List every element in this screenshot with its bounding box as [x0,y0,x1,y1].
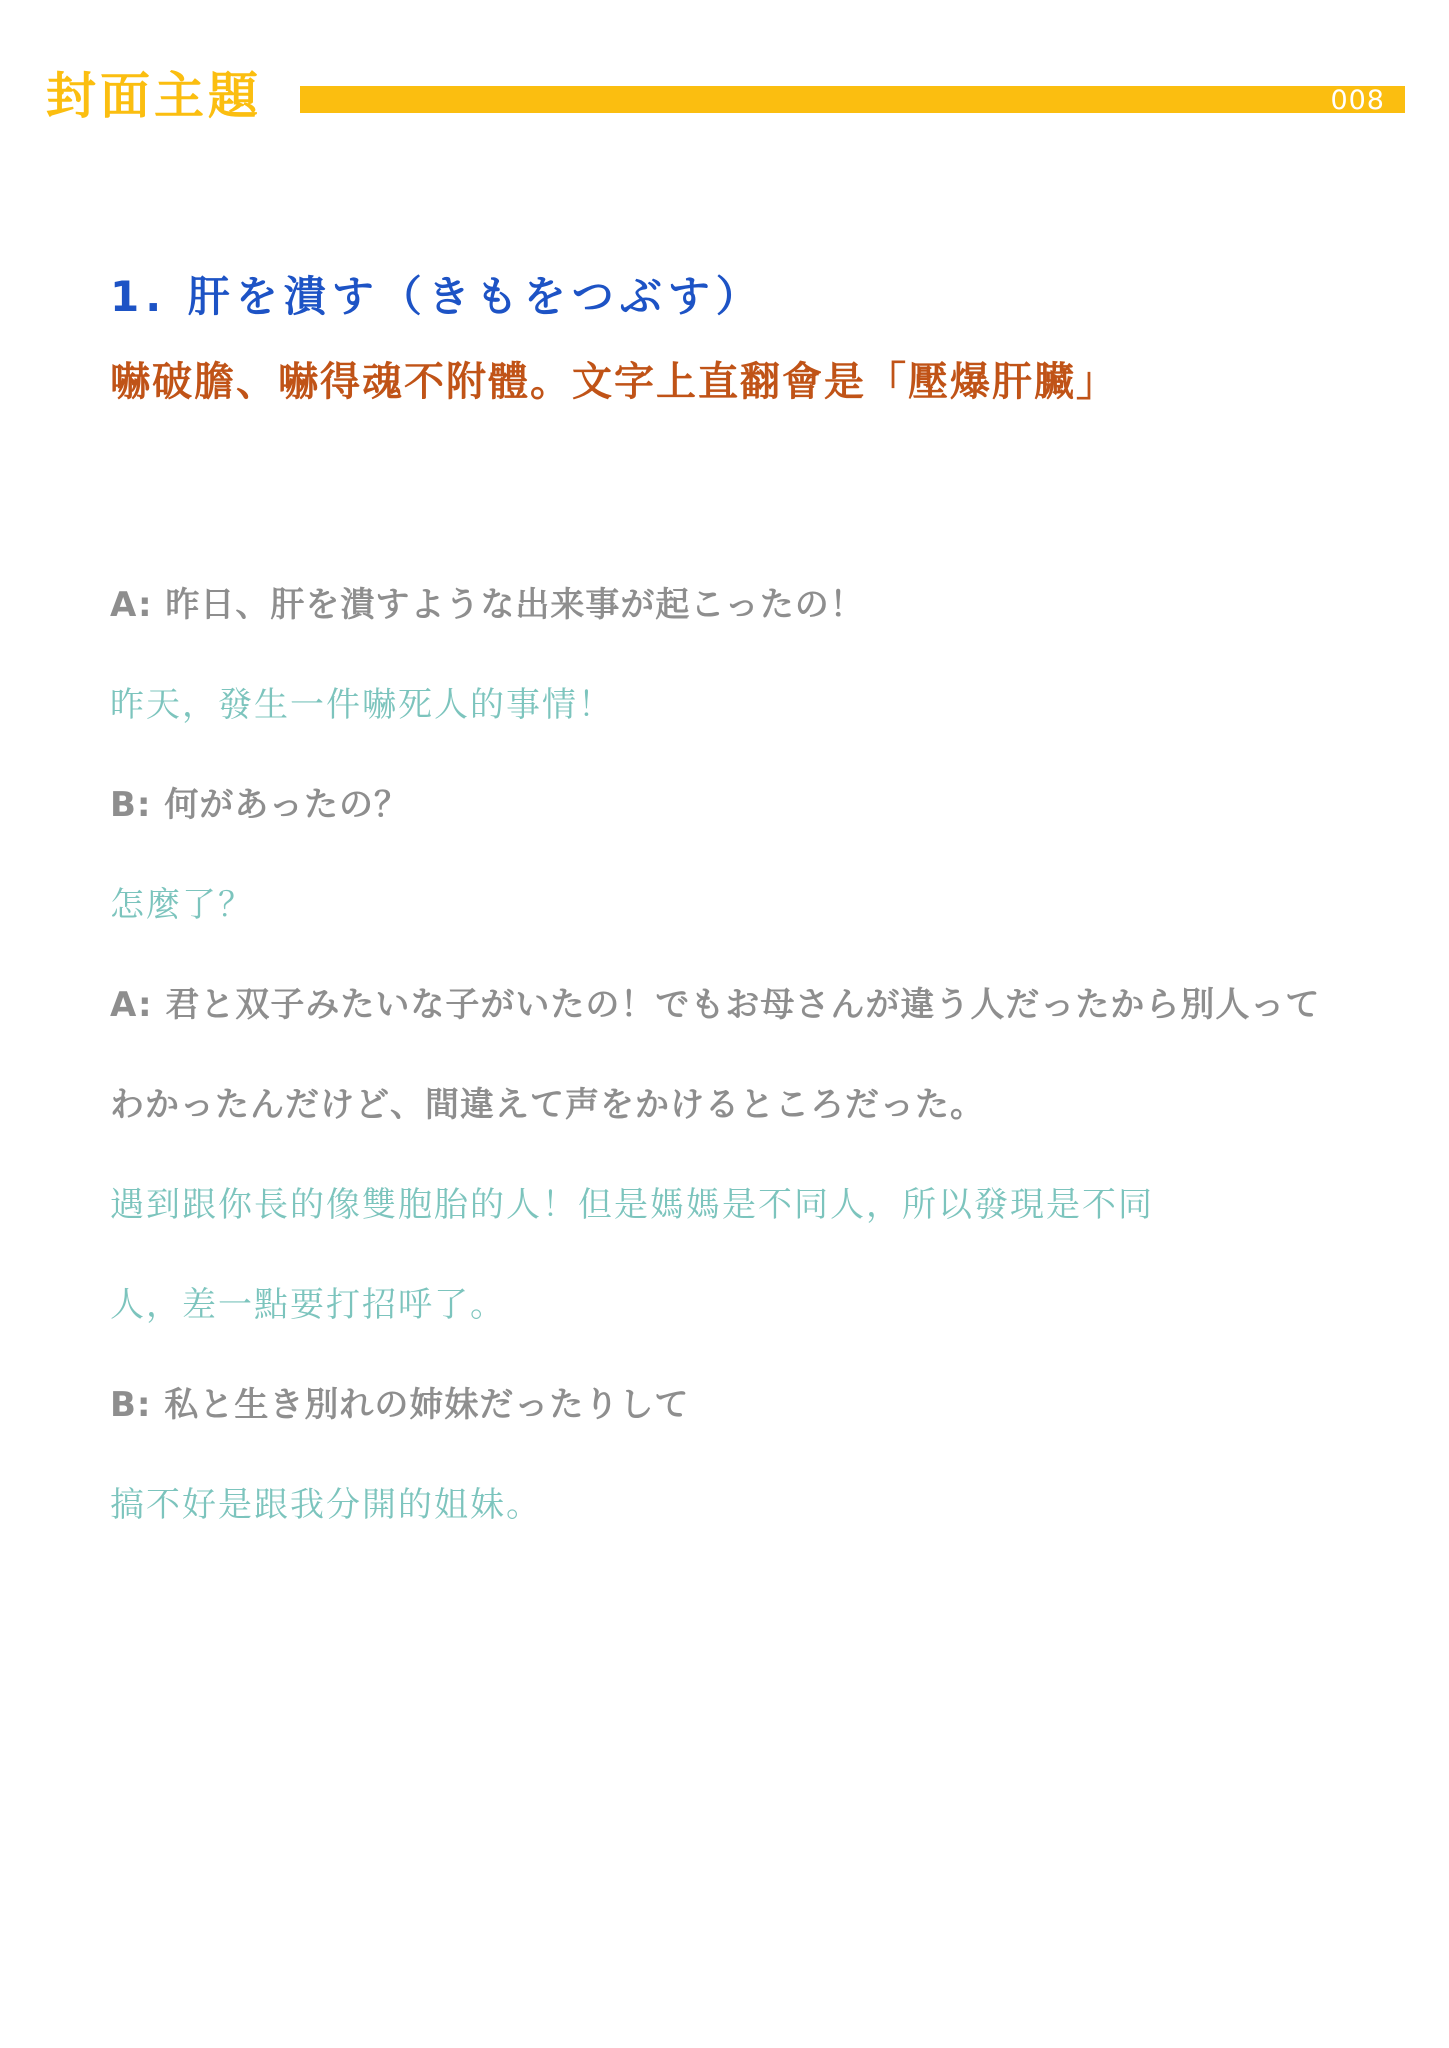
dialogue-line-chinese: 怎麼了？ [110,855,1410,955]
entry-subtitle: 嚇破膽、嚇得魂不附體。文字上直翻會是「壓爆肝臟」 [110,350,1118,407]
dialogue-line-chinese: 遇到跟你長的像雙胞胎的人！但是媽媽是不同人，所以發現是不同 [110,1155,1410,1255]
dialogue-line-japanese: B: 私と生き別れの姉妹だったりして [110,1355,1410,1455]
dialogue-line-japanese: B: 何があったの？ [110,755,1410,855]
dialogue: A: 昨日、肝を潰すような出来事が起こったの！昨天，發生一件嚇死人的事情！B: … [110,555,1410,1555]
section-title: 封面主題 [46,68,262,123]
page: { "header": { "section_title": "封面主題", "… [0,0,1449,2048]
header-accent-bar: 008 [300,86,1405,113]
dialogue-line-japanese: A: 君と双子みたいな子がいたの！でもお母さんが違う人だったから別人って [110,955,1410,1055]
dialogue-line-japanese: わかったんだけど、間違えて声をかけるところだった。 [110,1055,1410,1155]
page-number: 008 [1330,86,1385,113]
dialogue-line-chinese: 人，差一點要打招呼了。 [110,1255,1410,1355]
dialogue-line-japanese: A: 昨日、肝を潰すような出来事が起こったの！ [110,555,1410,655]
dialogue-line-chinese: 昨天，發生一件嚇死人的事情！ [110,655,1410,755]
entry-heading: 1. 肝を潰す（きもをつぶす） [110,264,764,324]
dialogue-line-chinese: 搞不好是跟我分開的姐妹。 [110,1455,1410,1555]
